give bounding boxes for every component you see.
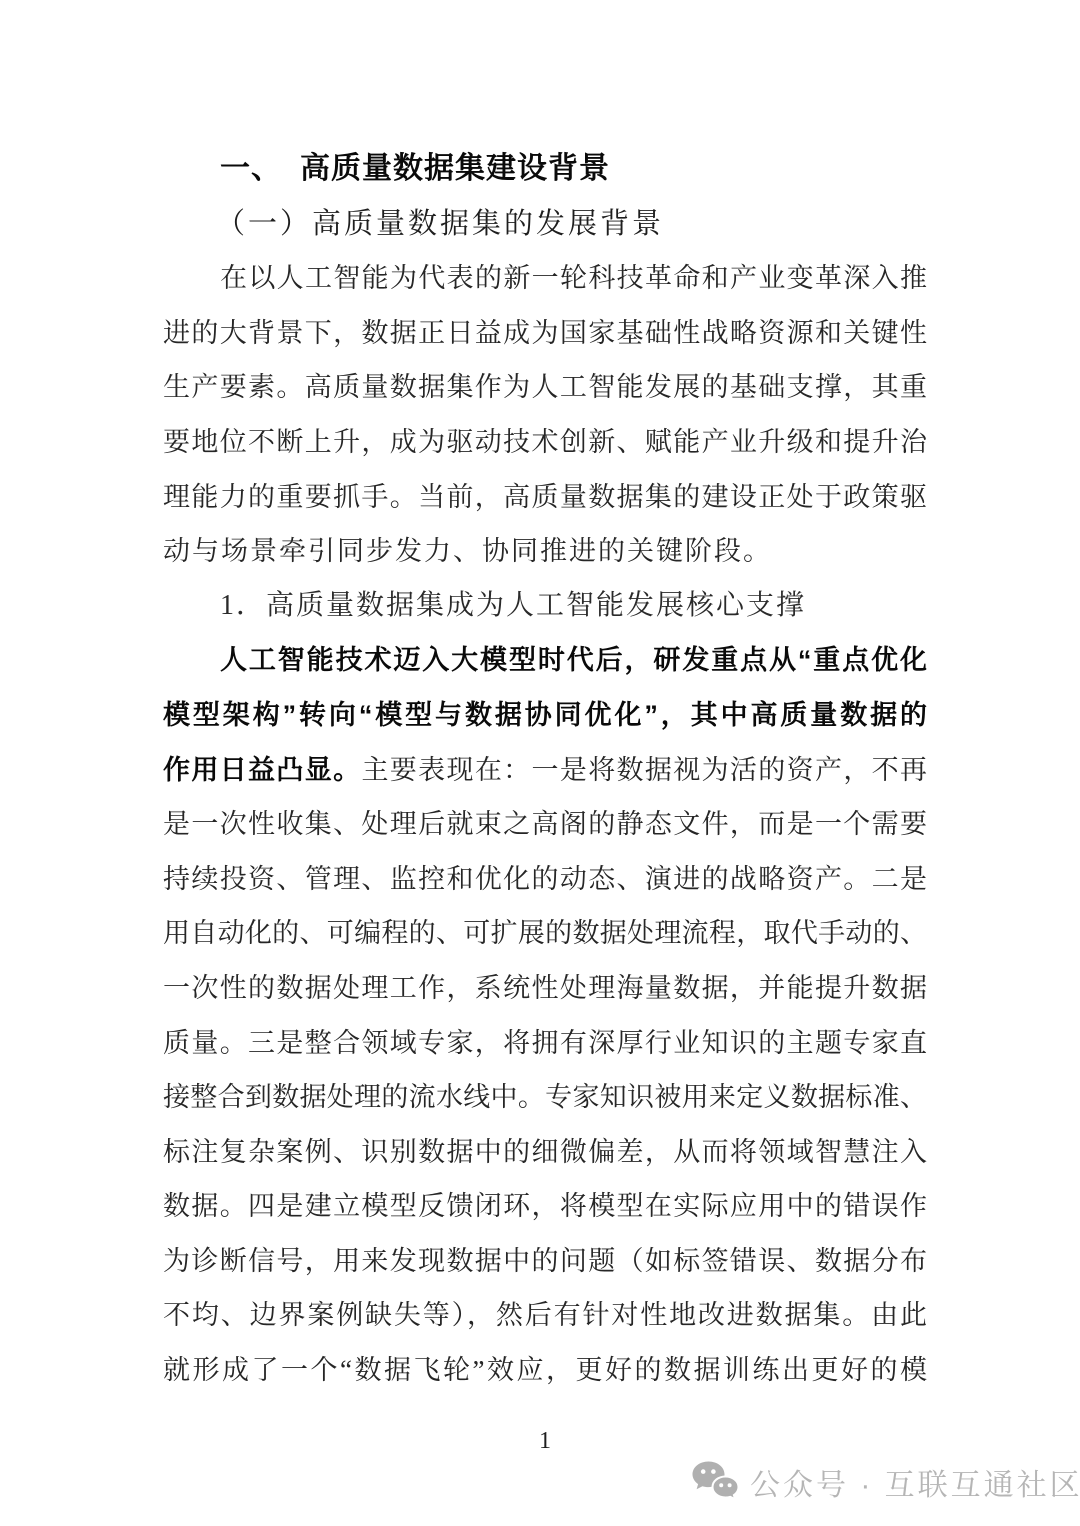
watermark: 公众号 · 互联互通社区 [692,1460,1080,1504]
document-page: 一、高质量数据集建设背景 （一）高质量数据集的发展背景 在以人工智能为代表的新一… [0,0,1080,1526]
paragraph-line: 就形成了一个“数据飞轮”效应，更好的数据训练出更好的模 [163,1343,927,1398]
paragraph-line: 数据。四是建立模型反馈闭环，将模型在实际应用中的错误作 [163,1179,927,1234]
heading-title: 高质量数据集建设背景 [300,152,610,185]
paragraph-line: 在以人工智能为代表的新一轮科技革命和产业变革深入推 [163,251,927,306]
paragraph-line: 要地位不断上升，成为驱动技术创新、赋能产业升级和提升治 [163,415,927,470]
paragraph-line: 一次性的数据处理工作，系统性处理海量数据，并能提升数据 [163,961,927,1016]
bold-text-segment: 作用日益凸显。 [163,755,361,785]
paragraph-line: 进的大背景下，数据正日益成为国家基础性战略资源和关键性 [163,306,927,361]
numbered-subheading: 1．高质量数据集成为人工智能发展核心支撑 [163,579,927,634]
subsection-heading: （一）高质量数据集的发展背景 [163,197,927,252]
watermark-text: 公众号 · 互联互通社区 [750,1460,1080,1504]
paragraph-line-bold: 模型架构”转向“模型与数据协同优化”，其中高质量数据的 [163,688,927,743]
paragraph-line: 接整合到数据处理的流水线中。专家知识被用来定义数据标准、 [163,1070,927,1125]
regular-text-segment: 主要表现在：一是将数据视为活的资产，不再 [361,755,927,785]
text-column: 一、高质量数据集建设背景 （一）高质量数据集的发展背景 在以人工智能为代表的新一… [163,142,927,1398]
wechat-icon [692,1461,740,1503]
heading-numeral: 一、 [220,152,282,185]
paragraph-line: 为诊断信号，用来发现数据中的问题（如标签错误、数据分布 [163,1234,927,1289]
paragraph-line: 动与场景牵引同步发力、协同推进的关键阶段。 [163,524,927,579]
page-number: 1 [163,1428,927,1455]
paragraph-line: 理能力的重要抓手。当前，高质量数据集的建设正处于政策驱 [163,470,927,525]
paragraph-line: 持续投资、管理、监控和优化的动态、演进的战略资产。二是 [163,852,927,907]
paragraph-line: 标注复杂案例、识别数据中的细微偏差，从而将领域智慧注入 [163,1125,927,1180]
paragraph-line: 质量。三是整合领域专家，将拥有深厚行业知识的主题专家直 [163,1016,927,1071]
section-heading: 一、高质量数据集建设背景 [163,142,927,197]
paragraph-line: 生产要素。高质量数据集作为人工智能发展的基础支撑，其重 [163,360,927,415]
paragraph-line: 用自动化的、可编程的、可扩展的数据处理流程，取代手动的、 [163,906,927,961]
paragraph-line: 不均、边界案例缺失等），然后有针对性地改进数据集。由此 [163,1288,927,1343]
paragraph-line-bold: 人工智能技术迈入大模型时代后，研发重点从“重点优化 [163,633,927,688]
paragraph-line-mixed: 作用日益凸显。主要表现在：一是将数据视为活的资产，不再 [163,743,927,798]
paragraph-line: 是一次性收集、处理后就束之高阁的静态文件，而是一个需要 [163,797,927,852]
